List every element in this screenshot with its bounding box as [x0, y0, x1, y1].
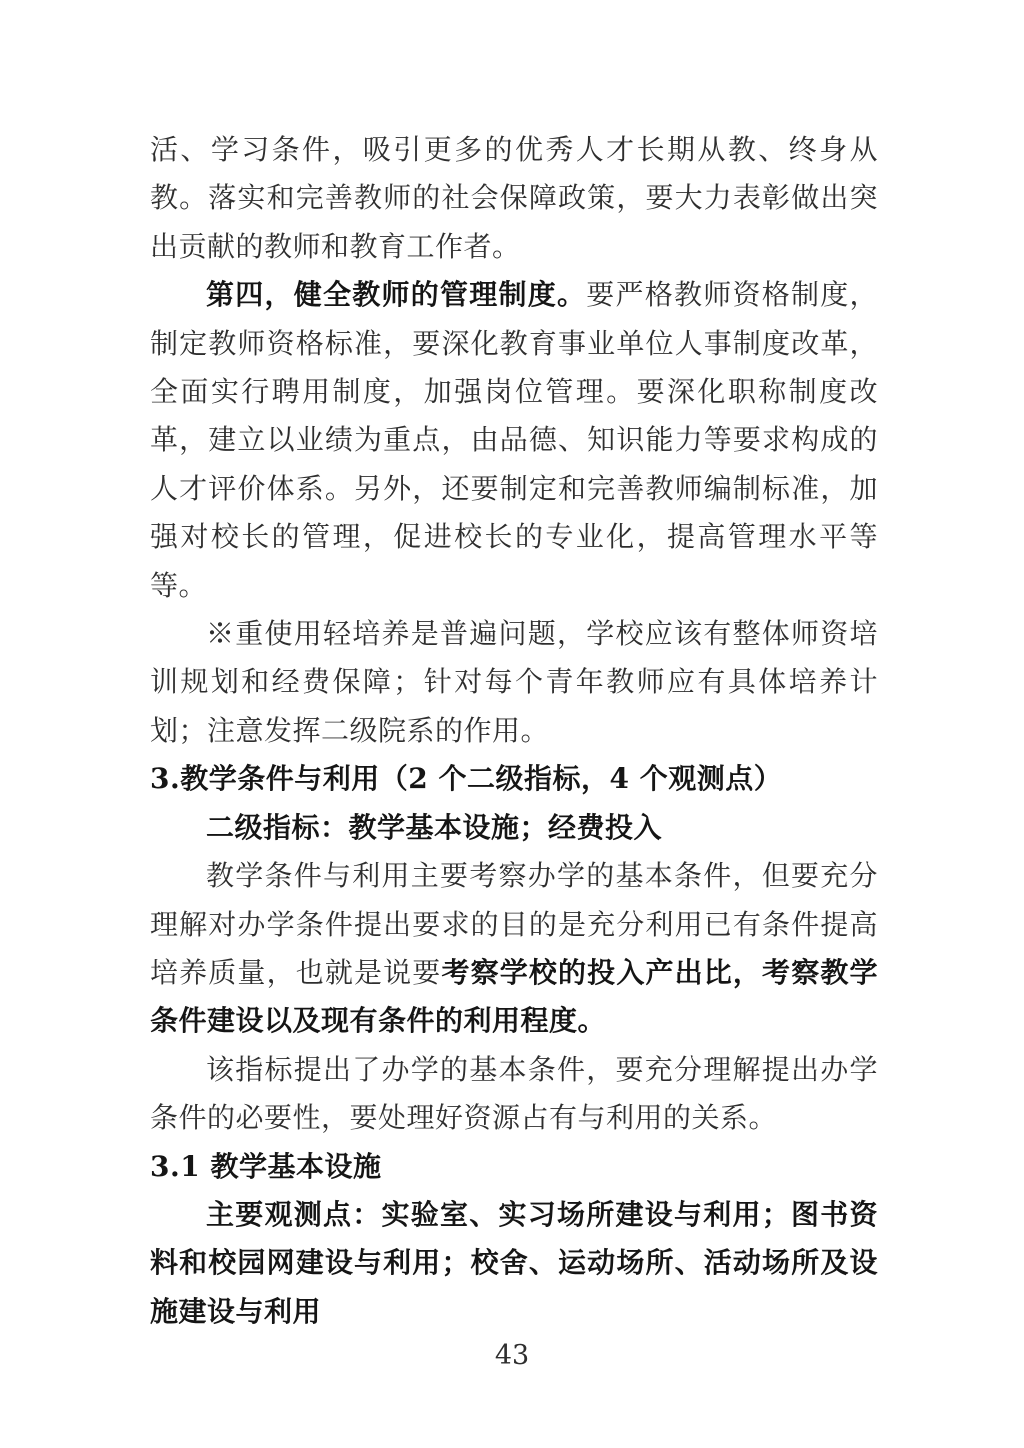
paragraph-indicator-explanation: 该指标提出了办学的基本条件，要充分理解提出办学条件的必要性，要处理好资源占有与利… [150, 1046, 878, 1143]
paragraph-text: ※重使用轻培养是普遍问题，学校应该有整体师资培训规划和经费保障；针对每个青年教师… [150, 617, 878, 747]
main-observation-points: 主要观测点：实验室、实习场所建设与利用；图书资料和校园网建设与利用；校舍、运动场… [150, 1191, 878, 1336]
page-number: 43 [0, 1340, 1024, 1371]
secondary-indicators-line: 二级指标：教学基本设施；经费投入 [150, 804, 878, 852]
paragraph-continuation: 活、学习条件，吸引更多的优秀人才长期从教、终身从教。落实和完善教师的社会保障政策… [150, 126, 878, 271]
paragraph-teaching-conditions: 教学条件与利用主要考察办学的基本条件，但要充分理解对办学条件提出要求的目的是充分… [150, 852, 878, 1046]
secondary-indicators-text: 二级指标：教学基本设施；经费投入 [206, 811, 662, 844]
section-heading-text: 3.1 教学基本设施 [150, 1150, 381, 1183]
paragraph-text: 活、学习条件，吸引更多的优秀人才长期从教、终身从教。落实和完善教师的社会保障政策… [150, 133, 878, 263]
section-heading-3: 3.教学条件与利用（2 个二级指标，4 个观测点） [150, 755, 878, 803]
paragraph-fourth-point: 第四，健全教师的管理制度。要严格教师资格制度，制定教师资格标准，要深化教育事业单… [150, 271, 878, 610]
paragraph-text: 该指标提出了办学的基本条件，要充分理解提出办学条件的必要性，要处理好资源占有与利… [150, 1053, 878, 1134]
document-page: 活、学习条件，吸引更多的优秀人才长期从教、终身从教。落实和完善教师的社会保障政策… [0, 0, 1024, 1448]
observation-points-text: 主要观测点：实验室、实习场所建设与利用；图书资料和校园网建设与利用；校舍、运动场… [150, 1198, 878, 1328]
paragraph-note: ※重使用轻培养是普遍问题，学校应该有整体师资培训规划和经费保障；针对每个青年教师… [150, 610, 878, 755]
section-heading-text: 3.教学条件与利用（2 个二级指标，4 个观测点） [150, 762, 782, 795]
text-column: 活、学习条件，吸引更多的优秀人才长期从教、终身从教。落实和完善教师的社会保障政策… [150, 126, 878, 1336]
paragraph-lead-bold: 第四，健全教师的管理制度。 [206, 278, 586, 311]
section-heading-3-1: 3.1 教学基本设施 [150, 1143, 878, 1191]
paragraph-text: 要严格教师资格制度，制定教师资格标准，要深化教育事业单位人事制度改革，全面实行聘… [150, 278, 878, 601]
